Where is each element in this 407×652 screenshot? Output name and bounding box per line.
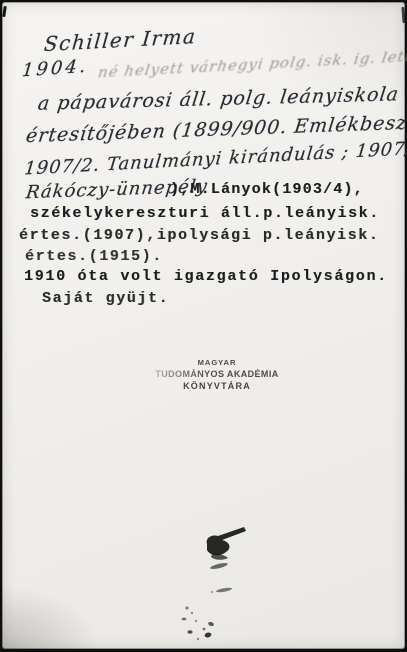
pencil-note-line: né helyett várhegyi polg. isk. ig. lett: [97, 47, 407, 82]
typed-lanyok-line: ),M.Lányok(1903/4),: [170, 181, 364, 198]
ink-blots: [162, 520, 282, 650]
handwritten-school-line: a pápavárosi áll. polg. leányiskola: [37, 83, 401, 115]
typed-sajat-gyujt-line: Saját gyüjt.: [42, 290, 169, 307]
stamp-line-konyvtara: KÖNYVTÁRA: [152, 381, 282, 391]
handwritten-name-line: Schiller Irma: [43, 24, 197, 56]
stamp-line-akademia: TUDOMÁNYOS AKADÉMIA: [152, 369, 282, 379]
typed-director-line: 1910 óta volt igazgató Ipolyságon.: [24, 268, 388, 285]
library-stamp: MAGYAR TUDOMÁNYOS AKADÉMIA KÖNYVTÁRA: [152, 358, 282, 391]
scanned-catalog-card: Schiller Irma 1904. né helyett várhegyi …: [2, 2, 405, 649]
handwritten-year-line: 1904.: [21, 56, 90, 82]
typed-szekely-line: székelykereszturi áll.p.leányisk.: [30, 205, 380, 222]
typed-ipolysag-line: értes.(1907),ipolysági p.leányisk.: [19, 227, 379, 244]
stamp-line-magyar: MAGYAR: [155, 358, 279, 367]
typed-ertes-1915-line: értes.(1915).: [25, 248, 163, 265]
scan-edge-mark-top-right: [401, 7, 405, 23]
scan-edge-mark-top-left: [2, 6, 7, 17]
